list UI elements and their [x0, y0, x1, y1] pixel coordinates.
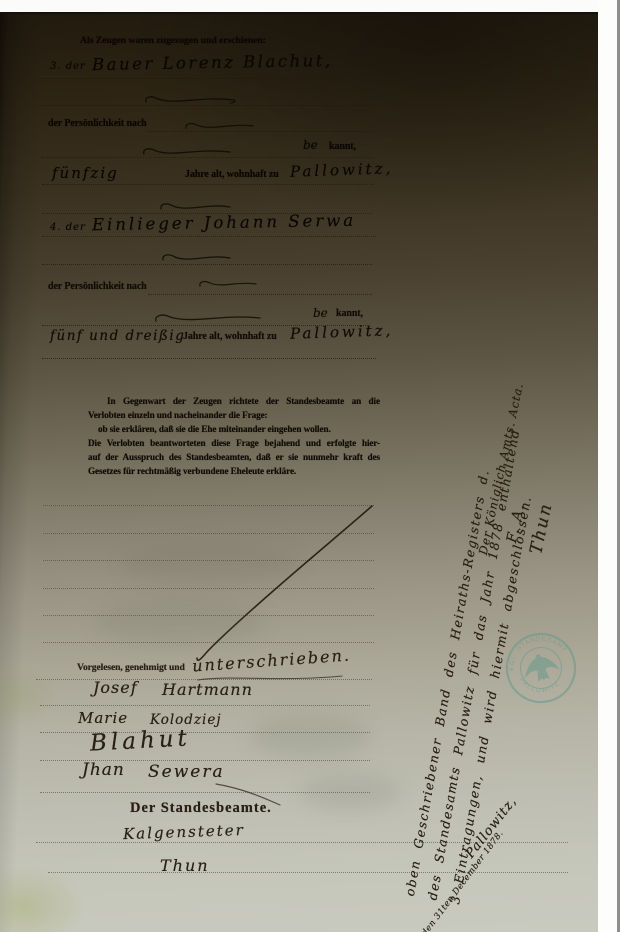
- witness3-known-handwritten: be: [303, 138, 318, 152]
- stamp-eagle-icon: [520, 650, 561, 685]
- official-stamp: KGL. STANDESAMT PALLOWITZ: [497, 624, 584, 711]
- ink-flourish: [160, 251, 234, 265]
- dotted-rule: [42, 236, 376, 237]
- read-approved-label: Vorgelesen, genehmigt und: [77, 662, 185, 673]
- witness4-age-handwritten: fünf und dreißig: [50, 328, 185, 344]
- bleed-through-smudge: [120, 544, 300, 584]
- witness4-age-label: Jahre alt, wohnhaft zu: [183, 331, 277, 342]
- dotted-rule: [42, 105, 374, 106]
- scanned-document-photo: Als Zeugen waren zugezogen und erschiene…: [0, 0, 620, 932]
- witness3-known-label: kannt,: [329, 141, 356, 152]
- dotted-rule: [43, 505, 374, 506]
- witness-signature-last: Hartmann: [162, 680, 253, 699]
- bleed-through-smudge: [95, 599, 265, 645]
- witnesses-intro: Als Zeugen waren zugezogen und erschiene…: [80, 35, 266, 46]
- scan-margin: [598, 0, 617, 932]
- witness3-name: Bauer Lorenz Blachut,: [92, 51, 333, 74]
- witness4-name: Einlieger Johann Serwa: [92, 211, 356, 235]
- dotted-rule: [148, 294, 372, 295]
- bleed-through-smudge: [250, 714, 370, 758]
- witness-signature-first: Josef: [93, 678, 138, 697]
- dotted-rule: [48, 872, 568, 873]
- witness-signature-last: Sewera: [148, 762, 225, 782]
- dotted-rule: [40, 78, 345, 79]
- witness3-residence: Pallowitz,: [290, 159, 394, 181]
- declaration-line: Die Verlobten beantworteten diese Frage …: [88, 437, 380, 451]
- ink-flourish: [197, 278, 259, 291]
- margin-acta-note: Der Königlich Amts. Acta. F. A. Thun: [470, 380, 583, 568]
- declaration-line: Verlobten einzeln und nacheinander die F…: [88, 409, 380, 423]
- witness3-age-label: Jahre alt, wohnhaft zu: [185, 169, 279, 180]
- bleed-through-smudge: [300, 774, 400, 810]
- dotted-rule: [148, 131, 372, 132]
- witness-signature: Blahut: [89, 725, 191, 756]
- declaration-line: auf der Ausspruch des Standesbeamten, da…: [88, 451, 380, 465]
- registrar-heading: Der Standesbeamte.: [130, 800, 272, 817]
- declaration-line: ob sie erklären, daß sie die Ehe miteina…: [88, 423, 380, 437]
- dotted-rule: [42, 264, 372, 265]
- dotted-rule: [42, 358, 376, 359]
- register-page: Als Zeugen waren zugezogen und erschiene…: [0, 12, 598, 932]
- dotted-rule: [42, 184, 374, 185]
- read-approved-handwritten: unterschrieben.: [192, 645, 352, 675]
- witness4-known-handwritten: be: [313, 306, 328, 320]
- witness-signature-first: Marie: [78, 709, 128, 727]
- witness4-residence: Pallowitz,: [290, 321, 394, 343]
- ink-flourish: [152, 311, 264, 326]
- ink-flourish: [158, 200, 234, 214]
- witness4-number: 4. der: [50, 222, 86, 233]
- witness-signature-first: Jhan: [82, 760, 125, 780]
- dotted-rule: [42, 157, 372, 158]
- registrar-signature: Kalgensteter: [123, 821, 245, 843]
- witness3-identity-label: der Persönlichkeit nach: [48, 118, 147, 129]
- dotted-rule: [43, 533, 374, 534]
- witness4-known-label: kannt,: [336, 308, 363, 319]
- witness4-identity-label: der Persönlichkeit nach: [48, 281, 147, 292]
- witness3-age-handwritten: fünfzig: [52, 164, 119, 182]
- dotted-rule: [40, 705, 370, 706]
- declaration-paragraph: In Gegenwart der Zeugen richtete der Sta…: [88, 395, 380, 478]
- declaration-line: Gesetzes für rechtmäßig verbundene Ehele…: [88, 465, 380, 479]
- declaration-line: In Gegenwart der Zeugen richtete der Sta…: [88, 395, 380, 409]
- dotted-rule: [43, 588, 374, 589]
- witness3-number: 3. der: [50, 61, 86, 72]
